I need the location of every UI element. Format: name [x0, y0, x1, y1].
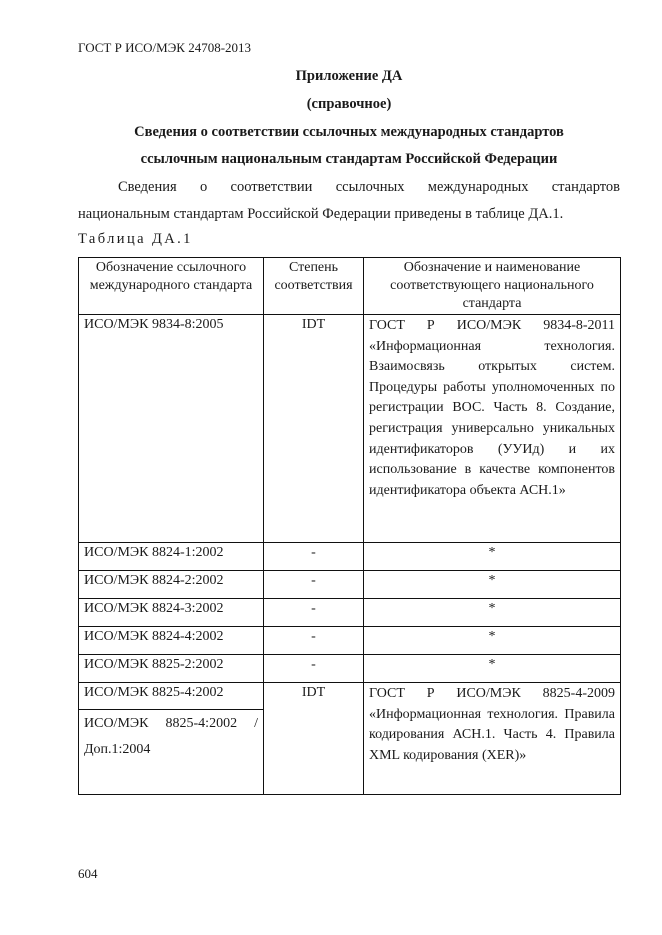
page-number: 604 [78, 866, 98, 882]
cell-national: * [364, 655, 621, 683]
table-row: ИСО/МЭК 8825-2:2002 - * [79, 655, 621, 683]
appendix-type: (справочное) [78, 96, 620, 113]
table-caption: Таблица ДА.1 [78, 231, 193, 248]
cell-reference: ИСО/МЭК 8824-2:2002 [79, 571, 264, 599]
table-row: ИСО/МЭК 8825-4:2002 IDT ГОСТ Р ИСО/МЭК 8… [79, 683, 621, 710]
section-title-line2: ссылочным национальным стандартам Россий… [78, 151, 620, 168]
cell-degree: - [264, 599, 364, 627]
cell-national: * [364, 571, 621, 599]
appendix-title: Приложение ДА [78, 68, 620, 85]
cell-reference: ИСО/МЭК 8825-2:2002 [79, 655, 264, 683]
cell-degree: IDT [264, 683, 364, 795]
intro-paragraph: Сведения о соответствии ссылочных междун… [78, 174, 620, 228]
correspondence-table: Обозначение ссылочного международного ст… [78, 257, 621, 795]
cell-reference: ИСО/МЭК 9834-8:2005 [79, 315, 264, 543]
header-national-standard: Обозначение и наименование соответствующ… [364, 258, 621, 315]
cell-national: * [364, 627, 621, 655]
table-row: ИСО/МЭК 8824-2:2002 - * [79, 571, 621, 599]
cell-degree: IDT [264, 315, 364, 543]
cell-degree: - [264, 627, 364, 655]
section-title-line1: Сведения о соответствии ссылочных междун… [78, 124, 620, 141]
table-row: ИСО/МЭК 8824-1:2002 - * [79, 543, 621, 571]
table-row: ИСО/МЭК 8824-4:2002 - * [79, 627, 621, 655]
cell-national: * [364, 543, 621, 571]
cell-degree: - [264, 543, 364, 571]
cell-reference: ИСО/МЭК 8824-4:2002 [79, 627, 264, 655]
table-row: ИСО/МЭК 8824-3:2002 - * [79, 599, 621, 627]
header-reference-standard: Обозначение ссылочного международного ст… [79, 258, 264, 315]
document-header-code: ГОСТ Р ИСО/МЭК 24708-2013 [78, 40, 251, 56]
intro-paragraph-line2: национальным стандартам Российской Федер… [78, 201, 620, 228]
cell-national: * [364, 599, 621, 627]
cell-degree: - [264, 655, 364, 683]
table-row: ИСО/МЭК 9834-8:2005 IDT ГОСТ Р ИСО/МЭК 9… [79, 315, 621, 543]
cell-national: ГОСТ Р ИСО/МЭК 9834-8-2011 «Информационн… [364, 315, 621, 543]
cell-national: ГОСТ Р ИСО/МЭК 8825-4-2009 «Информационн… [364, 683, 621, 795]
cell-reference: ИСО/МЭК 8825-4:2002 [79, 683, 264, 710]
intro-paragraph-line1: Сведения о соответствии ссылочных междун… [78, 174, 620, 201]
cell-degree: - [264, 571, 364, 599]
header-degree: Степень соответствия [264, 258, 364, 315]
cell-reference: ИСО/МЭК 8824-1:2002 [79, 543, 264, 571]
cell-reference: ИСО/МЭК 8824-3:2002 [79, 599, 264, 627]
table-header-row: Обозначение ссылочного международного ст… [79, 258, 621, 315]
cell-reference-sub: ИСО/МЭК 8825-4:2002 /Доп.1:2004 [79, 710, 264, 795]
